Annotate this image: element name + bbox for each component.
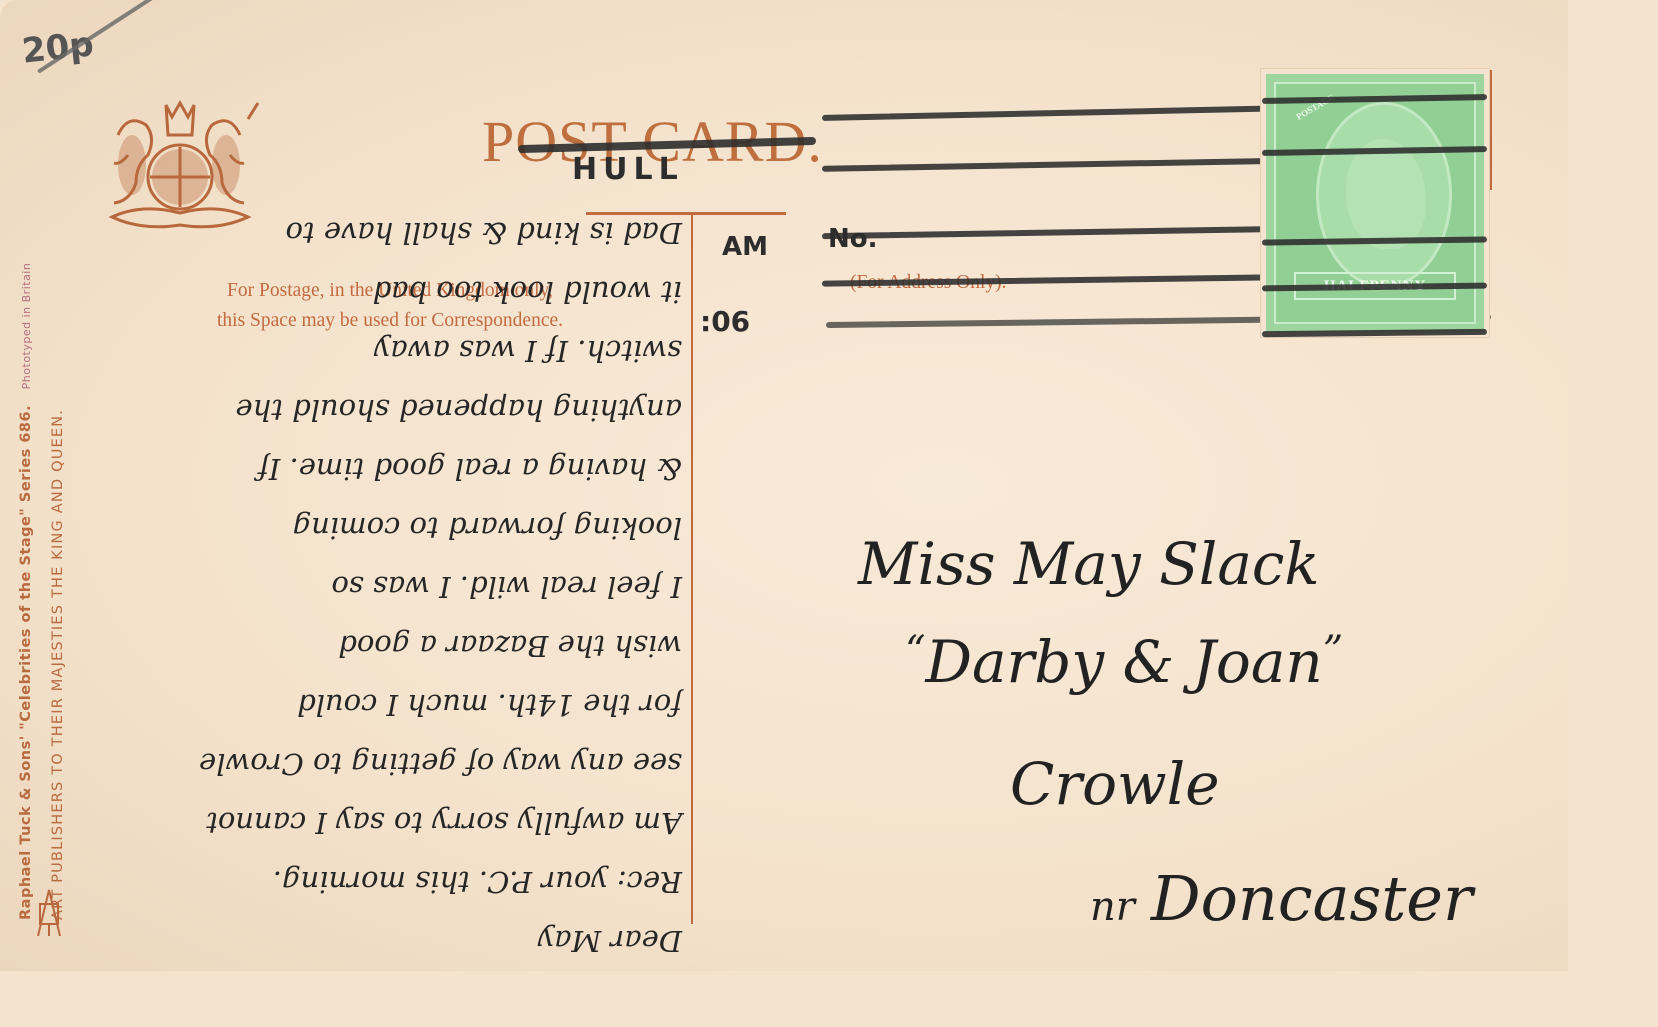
letter-line: Rec: your P.C. this morning. [5,852,690,911]
postmark-time: AM [722,232,768,262]
address-recipient: Miss May Slack [858,530,1320,598]
letter-line: Dad is kind & shall have to [5,203,690,262]
divider-vertical [691,214,693,924]
handwritten-letter: Dear May Rec: your P.C. this morning. Am… [5,180,690,970]
address-town: nrDoncaster [1090,862,1473,935]
pencil-price-note: 20p [20,24,95,71]
letter-line: see any way of getting to Crowle [5,734,690,793]
postmark-year: :06 [700,305,750,338]
letter-line: looking forward to coming [5,498,690,557]
letter-line: anything happened should the [5,380,690,439]
letter-line: switch. If I was away [5,321,690,380]
letter-line: it would look too bad [5,262,690,321]
stamp-box-rule [1490,70,1492,190]
letter-line: Am awfully sorry to say I cannot [5,793,690,852]
letter-line: & having a real good time. If [5,439,690,498]
letter-line: Dear May [5,911,690,970]
address-house: “Darby & Joan” [905,628,1343,696]
postcard-back: 20p POST CARD. For Postage, in the Unite… [0,0,1568,971]
address-village: Crowle [1010,750,1220,818]
letter-line: wish the Bazaar a good [5,616,690,675]
letter-line: for the 14th. much I could [5,675,690,734]
cancel-line [1262,329,1487,337]
halfpenny-stamp: POSTAGE HALFPENNY [1266,74,1484,332]
letter-line: I feel real wild. I was so [5,557,690,616]
